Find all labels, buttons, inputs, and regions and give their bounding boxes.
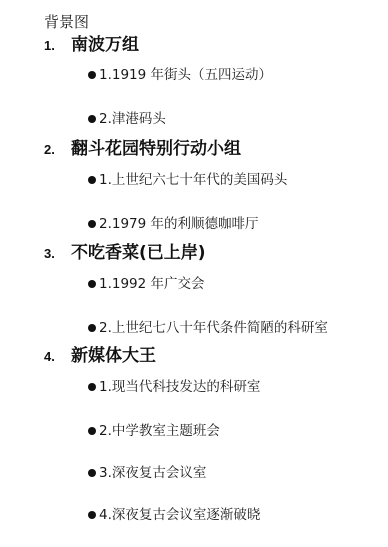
bullet-icon (88, 511, 96, 519)
bullet-icon (88, 220, 96, 228)
list-item: 1.上世纪六七十年代的美国码头 (0, 170, 388, 190)
list-item-text: 2.津港码头 (99, 109, 166, 129)
list-item-text: 4.深夜复古会议室逐渐破晓 (99, 505, 260, 525)
section-number: 2. (44, 142, 55, 158)
section-number: 1. (44, 38, 55, 54)
list-item: 2.中学教室主题班会 (0, 421, 388, 441)
list-item-text: 1.上世纪六七十年代的美国码头 (99, 170, 287, 190)
list-item: 3.深夜复古会议室 (0, 463, 388, 483)
list-item: 2.津港码头 (0, 109, 388, 129)
bullet-icon (88, 427, 96, 435)
section-heading: 2. 翻斗花园特别行动小组 (0, 138, 388, 160)
section-heading: 4. 新媒体大王 (0, 345, 388, 367)
list-item-text: 3.深夜复古会议室 (99, 463, 206, 483)
list-item-text: 1.现当代科技发达的科研室 (99, 377, 260, 397)
list-item: 2.上世纪七八十年代条件简陋的科研室 (0, 318, 388, 338)
bullet-icon (88, 115, 96, 123)
document-title: 背景图 (44, 13, 89, 31)
list-item: 1.1919 年街头（五四运动） (0, 65, 388, 85)
section-title: 南波万组 (71, 34, 139, 56)
list-item-text: 2.1979 年的利顺德咖啡厅 (99, 214, 259, 234)
list-item-text: 2.中学教室主题班会 (99, 421, 220, 441)
list-item: 1.现当代科技发达的科研室 (0, 377, 388, 397)
list-item: 1.1992 年广交会 (0, 274, 388, 294)
list-item-text: 1.1919 年街头（五四运动） (99, 65, 272, 85)
section-title: 翻斗花园特别行动小组 (71, 138, 241, 160)
list-item: 2.1979 年的利顺德咖啡厅 (0, 214, 388, 234)
bullet-icon (88, 280, 96, 288)
section-number: 3. (44, 246, 55, 262)
section-number: 4. (44, 349, 55, 365)
bullet-icon (88, 71, 96, 79)
section-title: 不吃香菜(已上岸) (71, 242, 206, 264)
list-item-text: 2.上世纪七八十年代条件简陋的科研室 (99, 318, 328, 338)
list-item-text: 1.1992 年广交会 (99, 274, 205, 294)
list-item: 4.深夜复古会议室逐渐破晓 (0, 505, 388, 525)
bullet-icon (88, 176, 96, 184)
section-heading: 3. 不吃香菜(已上岸) (0, 242, 388, 264)
section-heading: 1. 南波万组 (0, 34, 388, 56)
bullet-icon (88, 324, 96, 332)
bullet-icon (88, 469, 96, 477)
section-title: 新媒体大王 (71, 345, 156, 367)
bullet-icon (88, 383, 96, 391)
